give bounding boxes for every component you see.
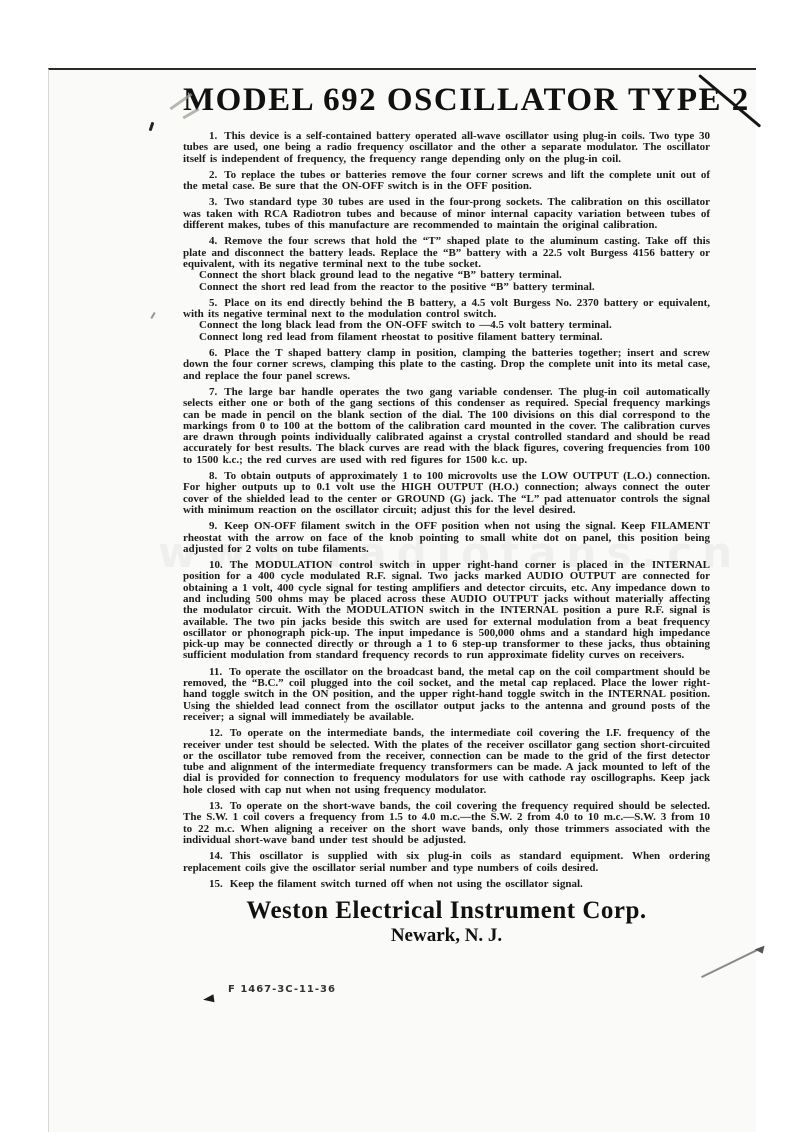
paragraph-number: 9. (209, 520, 224, 532)
paragraph-number: 8. (209, 470, 224, 482)
paragraph-7: 7.The large bar handle operates the two … (183, 387, 710, 466)
paragraph-text: 10.The MODULATION control switch in uppe… (183, 560, 710, 662)
paragraph-text: 14.This oscillator is supplied with six … (183, 851, 710, 874)
paragraph-text: 8.To obtain outputs of approximately 1 t… (183, 471, 710, 516)
paragraph-6: 6.Place the T shaped battery clamp in po… (183, 348, 710, 382)
paragraph-text: 3.Two standard type 30 tubes are used in… (183, 197, 710, 231)
paragraph-number: 12. (209, 727, 230, 739)
connection-instruction-line: Connect the short red lead from the reac… (183, 282, 710, 293)
form-code: F 1467-3C-11-36 (228, 984, 336, 995)
crease-arrowhead-mark (755, 942, 767, 953)
paragraph-number: 10. (209, 559, 230, 571)
paragraph-12: 12.To operate on the intermediate bands,… (183, 728, 710, 796)
page-title: MODEL 692 OSCILLATOR TYPE 2 (183, 82, 710, 119)
company-name: Weston Electrical Instrument Corp. (183, 897, 710, 925)
paragraph-number: 2. (209, 169, 224, 181)
paragraph-number: 13. (209, 800, 230, 812)
document-footer: Weston Electrical Instrument Corp. Newar… (183, 897, 710, 947)
scanned-document-page: www.radiofans.cn MODEL 692 OSCILLATOR TY… (0, 0, 800, 1132)
paragraph-9: 9.Keep ON-OFF filament switch in the OFF… (183, 521, 710, 555)
paragraph-2: 2.To replace the tubes or batteries remo… (183, 170, 710, 193)
paragraph-text: 6.Place the T shaped battery clamp in po… (183, 348, 710, 382)
paragraph-number: 5. (209, 297, 224, 309)
paragraph-text: 15.Keep the filament switch turned off w… (183, 879, 710, 890)
paragraph-10: 10.The MODULATION control switch in uppe… (183, 560, 710, 662)
paragraph-list: 1.This device is a self-contained batter… (183, 131, 710, 890)
paragraph-text: 1.This device is a self-contained batter… (183, 131, 710, 165)
paragraph-4: 4.Remove the four screws that hold the “… (183, 236, 710, 292)
paragraph-number: 15. (209, 878, 230, 890)
paragraph-3: 3.Two standard type 30 tubes are used in… (183, 197, 710, 231)
paragraph-number: 1. (209, 130, 224, 142)
paragraph-text: 9.Keep ON-OFF filament switch in the OFF… (183, 521, 710, 555)
document-body: MODEL 692 OSCILLATOR TYPE 2 1.This devic… (183, 82, 710, 947)
paragraph-11: 11.To operate the oscillator on the broa… (183, 667, 710, 723)
paragraph-text: 7.The large bar handle operates the two … (183, 387, 710, 466)
connection-instruction-line: Connect the short black ground lead to t… (183, 270, 710, 281)
stamp-arrow-mark (202, 994, 214, 1003)
paragraph-text: 2.To replace the tubes or batteries remo… (183, 170, 710, 193)
paragraph-15: 15.Keep the filament switch turned off w… (183, 879, 710, 890)
paragraph-13: 13.To operate on the short-wave bands, t… (183, 801, 710, 846)
connection-instruction-line: Connect long red lead from filament rheo… (183, 332, 710, 343)
paragraph-number: 11. (209, 666, 229, 678)
company-city: Newark, N. J. (183, 925, 710, 947)
paragraph-1: 1.This device is a self-contained batter… (183, 131, 710, 165)
paragraph-number: 7. (209, 386, 224, 398)
paragraph-5: 5.Place on its end directly behind the B… (183, 298, 710, 343)
paragraph-text: 5.Place on its end directly behind the B… (183, 298, 710, 321)
paragraph-text: 4.Remove the four screws that hold the “… (183, 236, 710, 270)
paragraph-number: 4. (209, 235, 224, 247)
paragraph-text: 11.To operate the oscillator on the broa… (183, 667, 710, 723)
paragraph-number: 6. (209, 347, 224, 359)
paragraph-8: 8.To obtain outputs of approximately 1 t… (183, 471, 710, 516)
paragraph-number: 3. (209, 196, 224, 208)
paragraph-text: 13.To operate on the short-wave bands, t… (183, 801, 710, 846)
paragraph-text: 12.To operate on the intermediate bands,… (183, 728, 710, 796)
paragraph-14: 14.This oscillator is supplied with six … (183, 851, 710, 874)
paragraph-number: 14. (209, 850, 230, 862)
